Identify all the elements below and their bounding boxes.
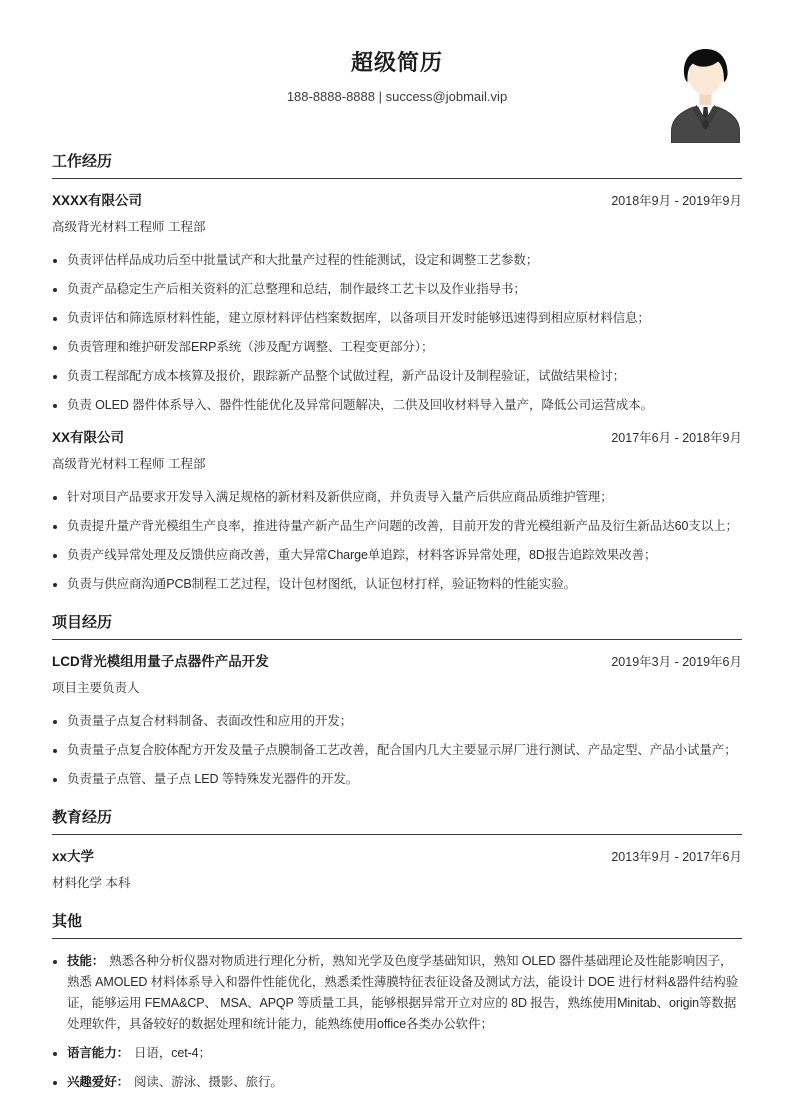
entry-header: XXXX有限公司 2018年9月 - 2019年9月 (52, 191, 742, 211)
resume-page: 超级简历 188-8888-8888 | success@jobmail.vip… (0, 0, 794, 1107)
bullet-item: 负责评估和筛选原材料性能，建立原材料评估档案数据库，以备项目开发时能够迅速得到相… (67, 308, 742, 329)
job-bullet-list: 针对项目产品要求开发导入满足规格的新材料及新供应商，并负责导入量产后供应商品质维… (52, 487, 742, 595)
contact-info: 188-8888-8888 | success@jobmail.vip (52, 88, 742, 106)
hobby-label: 兴趣爱好： (67, 1075, 129, 1089)
project-bullet-list: 负责量子点复合材料制备、表面改性和应用的开发； 负责量子点复合胶体配方开发及量子… (52, 711, 742, 790)
education-entry-1: xx大学 2013年9月 - 2017年6月 材料化学 本科 (52, 847, 742, 894)
bullet-item: 负责量子点复合胶体配方开发及量子点膜制备工艺改善，配合国内几大主要显示屏厂进行测… (67, 740, 742, 761)
school-name: xx大学 (52, 847, 94, 866)
company-name: XX有限公司 (52, 428, 124, 447)
profile-avatar (669, 45, 742, 143)
entry-header: XX有限公司 2017年6月 - 2018年9月 (52, 428, 742, 448)
work-entry-1: XXXX有限公司 2018年9月 - 2019年9月 高级背光材料工程师 工程部… (52, 191, 742, 416)
other-bullet-list: 技能：熟悉各种分析仪器对物质进行理化分析，熟知光学及色度学基础知识，熟知 OLE… (52, 951, 742, 1093)
job-role: 高级背光材料工程师 工程部 (52, 217, 742, 238)
project-role: 项目主要负责人 (52, 678, 742, 699)
bullet-item: 负责管理和维护研发部ERP系统（涉及配方调整、工程变更部分）； (67, 337, 742, 358)
section-work-experience: 工作经历 XXXX有限公司 2018年9月 - 2019年9月 高级背光材料工程… (52, 152, 742, 595)
section-project-experience: 项目经历 LCD背光模组用量子点器件产品开发 2019年3月 - 2019年6月… (52, 613, 742, 790)
bullet-item: 负责与供应商沟通PCB制程工艺过程，设计包材图纸，认证包材打样，验证物料的性能实… (67, 574, 742, 595)
entry-header: xx大学 2013年9月 - 2017年6月 (52, 847, 742, 867)
bullet-item: 负责量子点管、量子点 LED 等特殊发光器件的开发。 (67, 769, 742, 790)
section-education: 教育经历 xx大学 2013年9月 - 2017年6月 材料化学 本科 (52, 808, 742, 894)
bullet-item: 负责产线异常处理及反馈供应商改善，重大异常Charge单追踪，材料客诉异常处理，… (67, 545, 742, 566)
work-entry-2: XX有限公司 2017年6月 - 2018年9月 高级背光材料工程师 工程部 针… (52, 428, 742, 595)
date-range: 2017年6月 - 2018年9月 (611, 429, 742, 448)
bullet-item: 负责 OLED 器件体系导入、器件性能优化及异常问题解决，二供及回收材料导入量产… (67, 395, 742, 416)
section-title-education: 教育经历 (52, 808, 742, 835)
date-range: 2013年9月 - 2017年6月 (611, 848, 742, 867)
skills-label: 技能： (67, 954, 104, 968)
page-title: 超级简历 (52, 48, 742, 78)
bullet-item: 负责产品稳定生产后相关资料的汇总整理和总结，制作最终工艺卡以及作业指导书； (67, 279, 742, 300)
skills-text: 熟悉各种分析仪器对物质进行理化分析，熟知光学及色度学基础知识，熟知 OLED 器… (67, 954, 738, 1031)
section-title-work: 工作经历 (52, 152, 742, 179)
job-role: 高级背光材料工程师 工程部 (52, 454, 742, 475)
company-name: XXXX有限公司 (52, 191, 142, 210)
bullet-item: 针对项目产品要求开发导入满足规格的新材料及新供应商，并负责导入量产后供应商品质维… (67, 487, 742, 508)
major-degree: 材料化学 本科 (52, 873, 742, 894)
date-range: 2018年9月 - 2019年9月 (611, 192, 742, 211)
bullet-item: 负责量子点复合材料制备、表面改性和应用的开发； (67, 711, 742, 732)
section-title-other: 其他 (52, 912, 742, 939)
bullet-item: 负责评估样品成功后至中批量试产和大批量产过程的性能测试，设定和调整工艺参数； (67, 250, 742, 271)
hobby-item: 兴趣爱好：阅读、游泳、摄影、旅行。 (67, 1072, 742, 1093)
bullet-item: 负责工程部配方成本核算及报价，跟踪新产品整个试做过程，新产品设计及制程验证，试做… (67, 366, 742, 387)
bullet-item: 负责提升量产背光模组生产良率，推进待量产新产品生产问题的改善，目前开发的背光模组… (67, 516, 742, 537)
date-range: 2019年3月 - 2019年6月 (611, 653, 742, 672)
language-label: 语言能力： (67, 1046, 129, 1060)
male-avatar-icon (669, 45, 742, 143)
project-name: LCD背光模组用量子点器件产品开发 (52, 652, 269, 671)
language-text: 日语，cet-4； (134, 1046, 211, 1060)
language-item: 语言能力：日语，cet-4； (67, 1043, 742, 1064)
project-entry-1: LCD背光模组用量子点器件产品开发 2019年3月 - 2019年6月 项目主要… (52, 652, 742, 790)
skills-item: 技能：熟悉各种分析仪器对物质进行理化分析，熟知光学及色度学基础知识，熟知 OLE… (67, 951, 742, 1035)
hobby-text: 阅读、游泳、摄影、旅行。 (134, 1075, 283, 1089)
entry-header: LCD背光模组用量子点器件产品开发 2019年3月 - 2019年6月 (52, 652, 742, 672)
section-title-projects: 项目经历 (52, 613, 742, 640)
job-bullet-list: 负责评估样品成功后至中批量试产和大批量产过程的性能测试，设定和调整工艺参数； 负… (52, 250, 742, 416)
section-other: 其他 技能：熟悉各种分析仪器对物质进行理化分析，熟知光学及色度学基础知识，熟知 … (52, 912, 742, 1093)
